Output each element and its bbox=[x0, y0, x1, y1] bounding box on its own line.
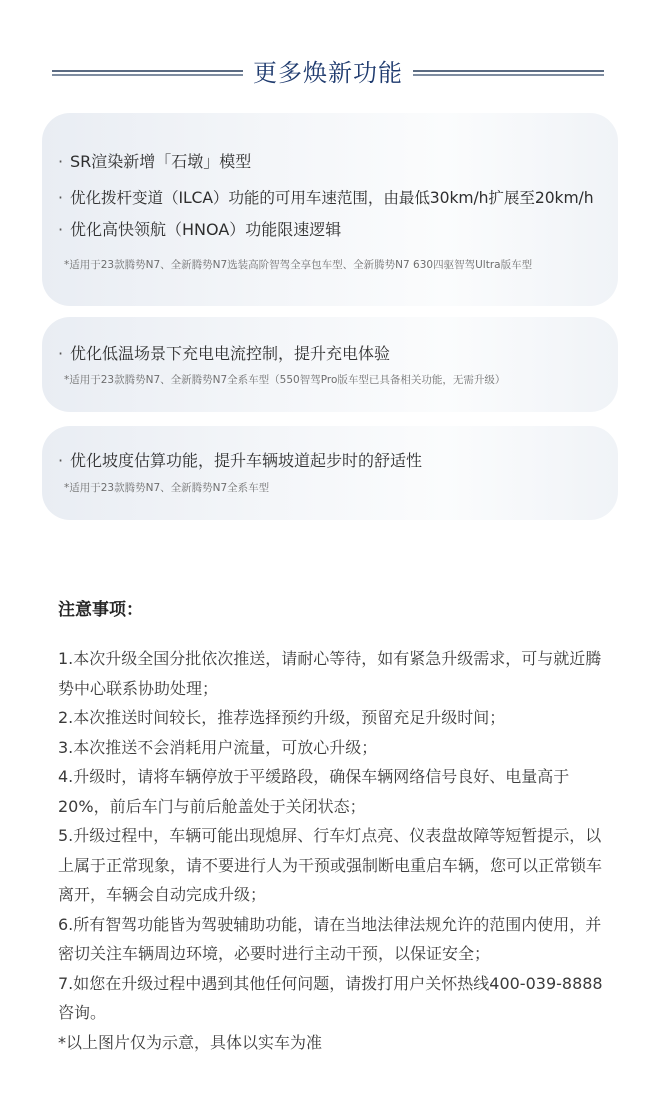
feature-item: ·SR渲染新增「石墩」模型 bbox=[58, 151, 251, 173]
feature-text: 优化坡度估算功能，提升车辆坡道起步时的舒适性 bbox=[70, 451, 422, 470]
notes-item: 2.本次推送时间较长，推荐选择预约升级，预留充足升级时间； bbox=[58, 703, 608, 733]
page: 更多焕新功能 ·SR渲染新增「石墩」模型 ·优化拨杆变道（ILCA）功能的可用车… bbox=[0, 0, 660, 1094]
notes-item: 7.如您在升级过程中遇到其他任何问题，请拨打用户关怀热线400-039-8888… bbox=[58, 969, 608, 1028]
feature-item: ·优化坡度估算功能，提升车辆坡道起步时的舒适性 bbox=[58, 450, 422, 472]
feature-card-adas: ·SR渲染新增「石墩」模型 ·优化拨杆变道（ILCA）功能的可用车速范围，由最低… bbox=[42, 113, 618, 306]
bullet-dot-icon: · bbox=[58, 187, 70, 209]
bullet-dot-icon: · bbox=[58, 343, 70, 365]
feature-text: 优化拨杆变道（ILCA）功能的可用车速范围，由最低30km/h扩展至20km/h bbox=[70, 189, 594, 207]
applicability-note: *适用于23款腾势N7、全新腾势N7全系车型（550智驾Pro版车型已具备相关功… bbox=[64, 373, 505, 387]
right-double-rule bbox=[413, 70, 604, 76]
disclaimer: *以上图片仅为示意，具体以实车为准 bbox=[58, 1028, 608, 1058]
feature-card-slope: ·优化坡度估算功能，提升车辆坡道起步时的舒适性 *适用于23款腾势N7、全新腾势… bbox=[42, 426, 618, 520]
notes-item: 3.本次推送不会消耗用户流量，可放心升级； bbox=[58, 733, 608, 763]
notes-item: 6.所有智驾功能皆为驾驶辅助功能，请在当地法律法规允许的范围内使用，并密切关注车… bbox=[58, 910, 608, 969]
notes-item: 5.升级过程中，车辆可能出现熄屏、行车灯点亮、仪表盘故障等短暂提示，以上属于正常… bbox=[58, 821, 608, 910]
feature-card-charging: ·优化低温场景下充电电流控制，提升充电体验 *适用于23款腾势N7、全新腾势N7… bbox=[42, 317, 618, 412]
notes-list: 1.本次升级全国分批依次推送，请耐心等待，如有紧急升级需求，可与就近腾势中心联系… bbox=[58, 644, 608, 1057]
feature-text: 优化低温场景下充电电流控制，提升充电体验 bbox=[70, 344, 390, 363]
feature-item: ·优化低温场景下充电电流控制，提升充电体验 bbox=[58, 343, 390, 365]
feature-item: ·优化拨杆变道（ILCA）功能的可用车速范围，由最低30km/h扩展至20km/… bbox=[58, 187, 594, 209]
section-title: 更多焕新功能 bbox=[243, 56, 413, 90]
bullet-dot-icon: · bbox=[58, 219, 70, 241]
applicability-note: *适用于23款腾势N7、全新腾势N7全系车型 bbox=[64, 481, 269, 495]
feature-text: SR渲染新增「石墩」模型 bbox=[70, 152, 251, 171]
bullet-dot-icon: · bbox=[58, 450, 70, 472]
notes-item: 4.升级时，请将车辆停放于平缓路段，确保车辆网络信号良好、电量高于20%，前后车… bbox=[58, 762, 608, 821]
section-header: 更多焕新功能 bbox=[52, 56, 604, 90]
notes-item: 1.本次升级全国分批依次推送，请耐心等待，如有紧急升级需求，可与就近腾势中心联系… bbox=[58, 644, 608, 703]
applicability-note: *适用于23款腾势N7、全新腾势N7选装高阶智驾全享包车型、全新腾势N7 630… bbox=[64, 258, 532, 272]
feature-text: 优化高快领航（HNOA）功能限速逻辑 bbox=[70, 220, 341, 239]
left-double-rule bbox=[52, 70, 243, 76]
notes-title: 注意事项： bbox=[58, 598, 143, 622]
bullet-dot-icon: · bbox=[58, 151, 70, 173]
feature-item: ·优化高快领航（HNOA）功能限速逻辑 bbox=[58, 219, 341, 241]
